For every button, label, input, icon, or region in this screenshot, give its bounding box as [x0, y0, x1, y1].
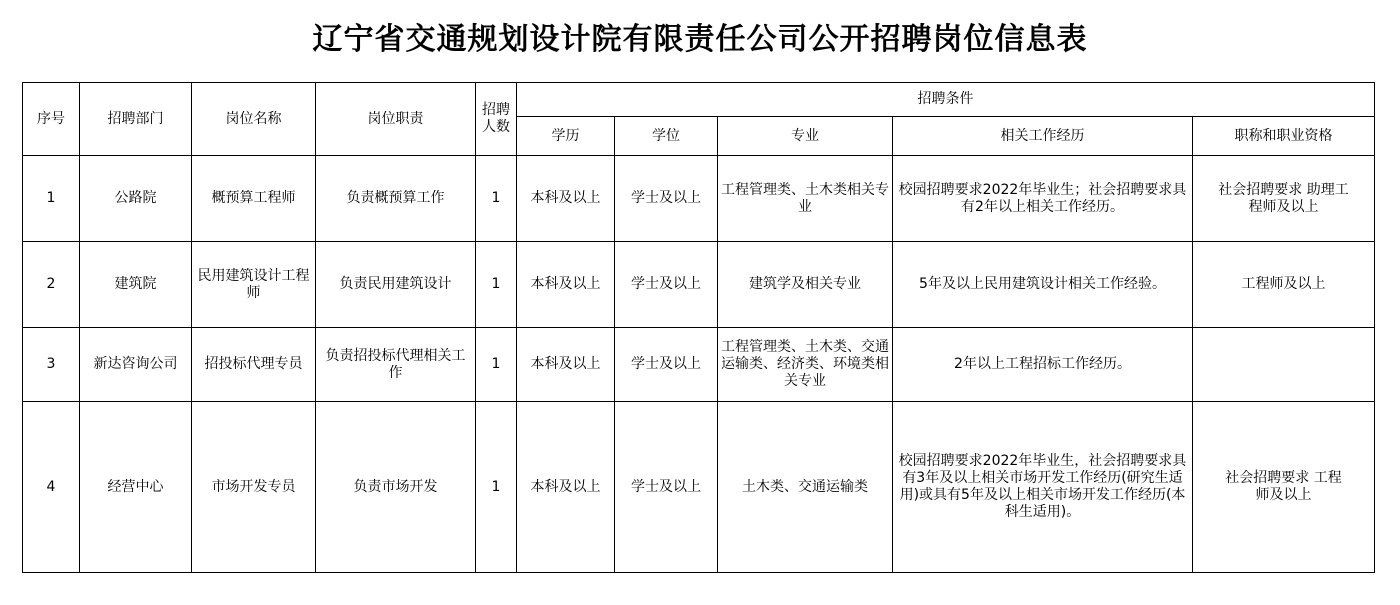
cell-major: 建筑学及相关专业 [718, 242, 893, 328]
cell-major: 工程管理类、土木类、交通运输类、经济类、环境类相关专业 [718, 328, 893, 402]
cell-degree: 学士及以上 [615, 242, 718, 328]
cell-title-qualification: 社会招聘要求 助理工程师及以上 [1193, 156, 1375, 242]
cell-count: 1 [476, 156, 517, 242]
cell-experience: 2年以上工程招标工作经历。 [893, 328, 1193, 402]
cell-education: 本科及以上 [517, 156, 615, 242]
cell-experience: 校园招聘要求2022年毕业生，社会招聘要求具有3年及以上相关市场开发工作经历(研… [893, 402, 1193, 573]
table-row: 2 建筑院 民用建筑设计工程师 负责民用建筑设计 1 本科及以上 学士及以上 建… [23, 242, 1375, 328]
cell-major: 工程管理类、土木类相关专业 [718, 156, 893, 242]
cell-count: 1 [476, 402, 517, 573]
cell-department: 新达咨询公司 [80, 328, 192, 402]
cell-department: 经营中心 [80, 402, 192, 573]
cell-department: 建筑院 [80, 242, 192, 328]
header-experience: 相关工作经历 [893, 117, 1193, 156]
page-title: 辽宁省交通规划设计院有限责任公司公开招聘岗位信息表 [0, 20, 1400, 60]
table-row: 1 公路院 概预算工程师 负责概预算工作 1 本科及以上 学士及以上 工程管理类… [23, 156, 1375, 242]
cell-department: 公路院 [80, 156, 192, 242]
cell-education: 本科及以上 [517, 402, 615, 573]
cell-index: 4 [23, 402, 80, 573]
header-row-top: 序号 招聘部门 岗位名称 岗位职责 招聘人数 招聘条件 [23, 83, 1375, 117]
cell-count: 1 [476, 328, 517, 402]
header-department: 招聘部门 [80, 83, 192, 156]
cell-experience: 校园招聘要求2022年毕业生；社会招聘要求具有2年以上相关工作经历。 [893, 156, 1193, 242]
header-count: 招聘人数 [476, 83, 517, 156]
recruitment-table: 序号 招聘部门 岗位名称 岗位职责 招聘人数 招聘条件 学历 学位 专业 相关工… [22, 82, 1375, 573]
cell-education: 本科及以上 [517, 242, 615, 328]
cell-duties: 负责招投标代理相关工作 [316, 328, 476, 402]
table-row: 4 经营中心 市场开发专员 负责市场开发 1 本科及以上 学士及以上 土木类、交… [23, 402, 1375, 573]
cell-title-qualification: 工程师及以上 [1193, 242, 1375, 328]
cell-position: 概预算工程师 [192, 156, 316, 242]
cell-position: 民用建筑设计工程师 [192, 242, 316, 328]
header-position: 岗位名称 [192, 83, 316, 156]
cell-degree: 学士及以上 [615, 402, 718, 573]
header-duties: 岗位职责 [316, 83, 476, 156]
cell-title-qualification: 社会招聘要求 工程师及以上 [1193, 402, 1375, 573]
cell-index: 2 [23, 242, 80, 328]
cell-position: 招投标代理专员 [192, 328, 316, 402]
header-conditions: 招聘条件 [517, 83, 1375, 117]
cell-index: 3 [23, 328, 80, 402]
cell-duties: 负责概预算工作 [316, 156, 476, 242]
header-degree: 学位 [615, 117, 718, 156]
cell-index: 1 [23, 156, 80, 242]
cell-major: 土木类、交通运输类 [718, 402, 893, 573]
cell-degree: 学士及以上 [615, 156, 718, 242]
cell-experience: 5年及以上民用建筑设计相关工作经验。 [893, 242, 1193, 328]
header-education: 学历 [517, 117, 615, 156]
cell-education: 本科及以上 [517, 328, 615, 402]
header-major: 专业 [718, 117, 893, 156]
cell-duties: 负责民用建筑设计 [316, 242, 476, 328]
table-row: 3 新达咨询公司 招投标代理专员 负责招投标代理相关工作 1 本科及以上 学士及… [23, 328, 1375, 402]
cell-degree: 学士及以上 [615, 328, 718, 402]
cell-title-qualification [1193, 328, 1375, 402]
cell-count: 1 [476, 242, 517, 328]
header-title-qualification: 职称和职业资格 [1193, 117, 1375, 156]
cell-duties: 负责市场开发 [316, 402, 476, 573]
header-index: 序号 [23, 83, 80, 156]
cell-position: 市场开发专员 [192, 402, 316, 573]
